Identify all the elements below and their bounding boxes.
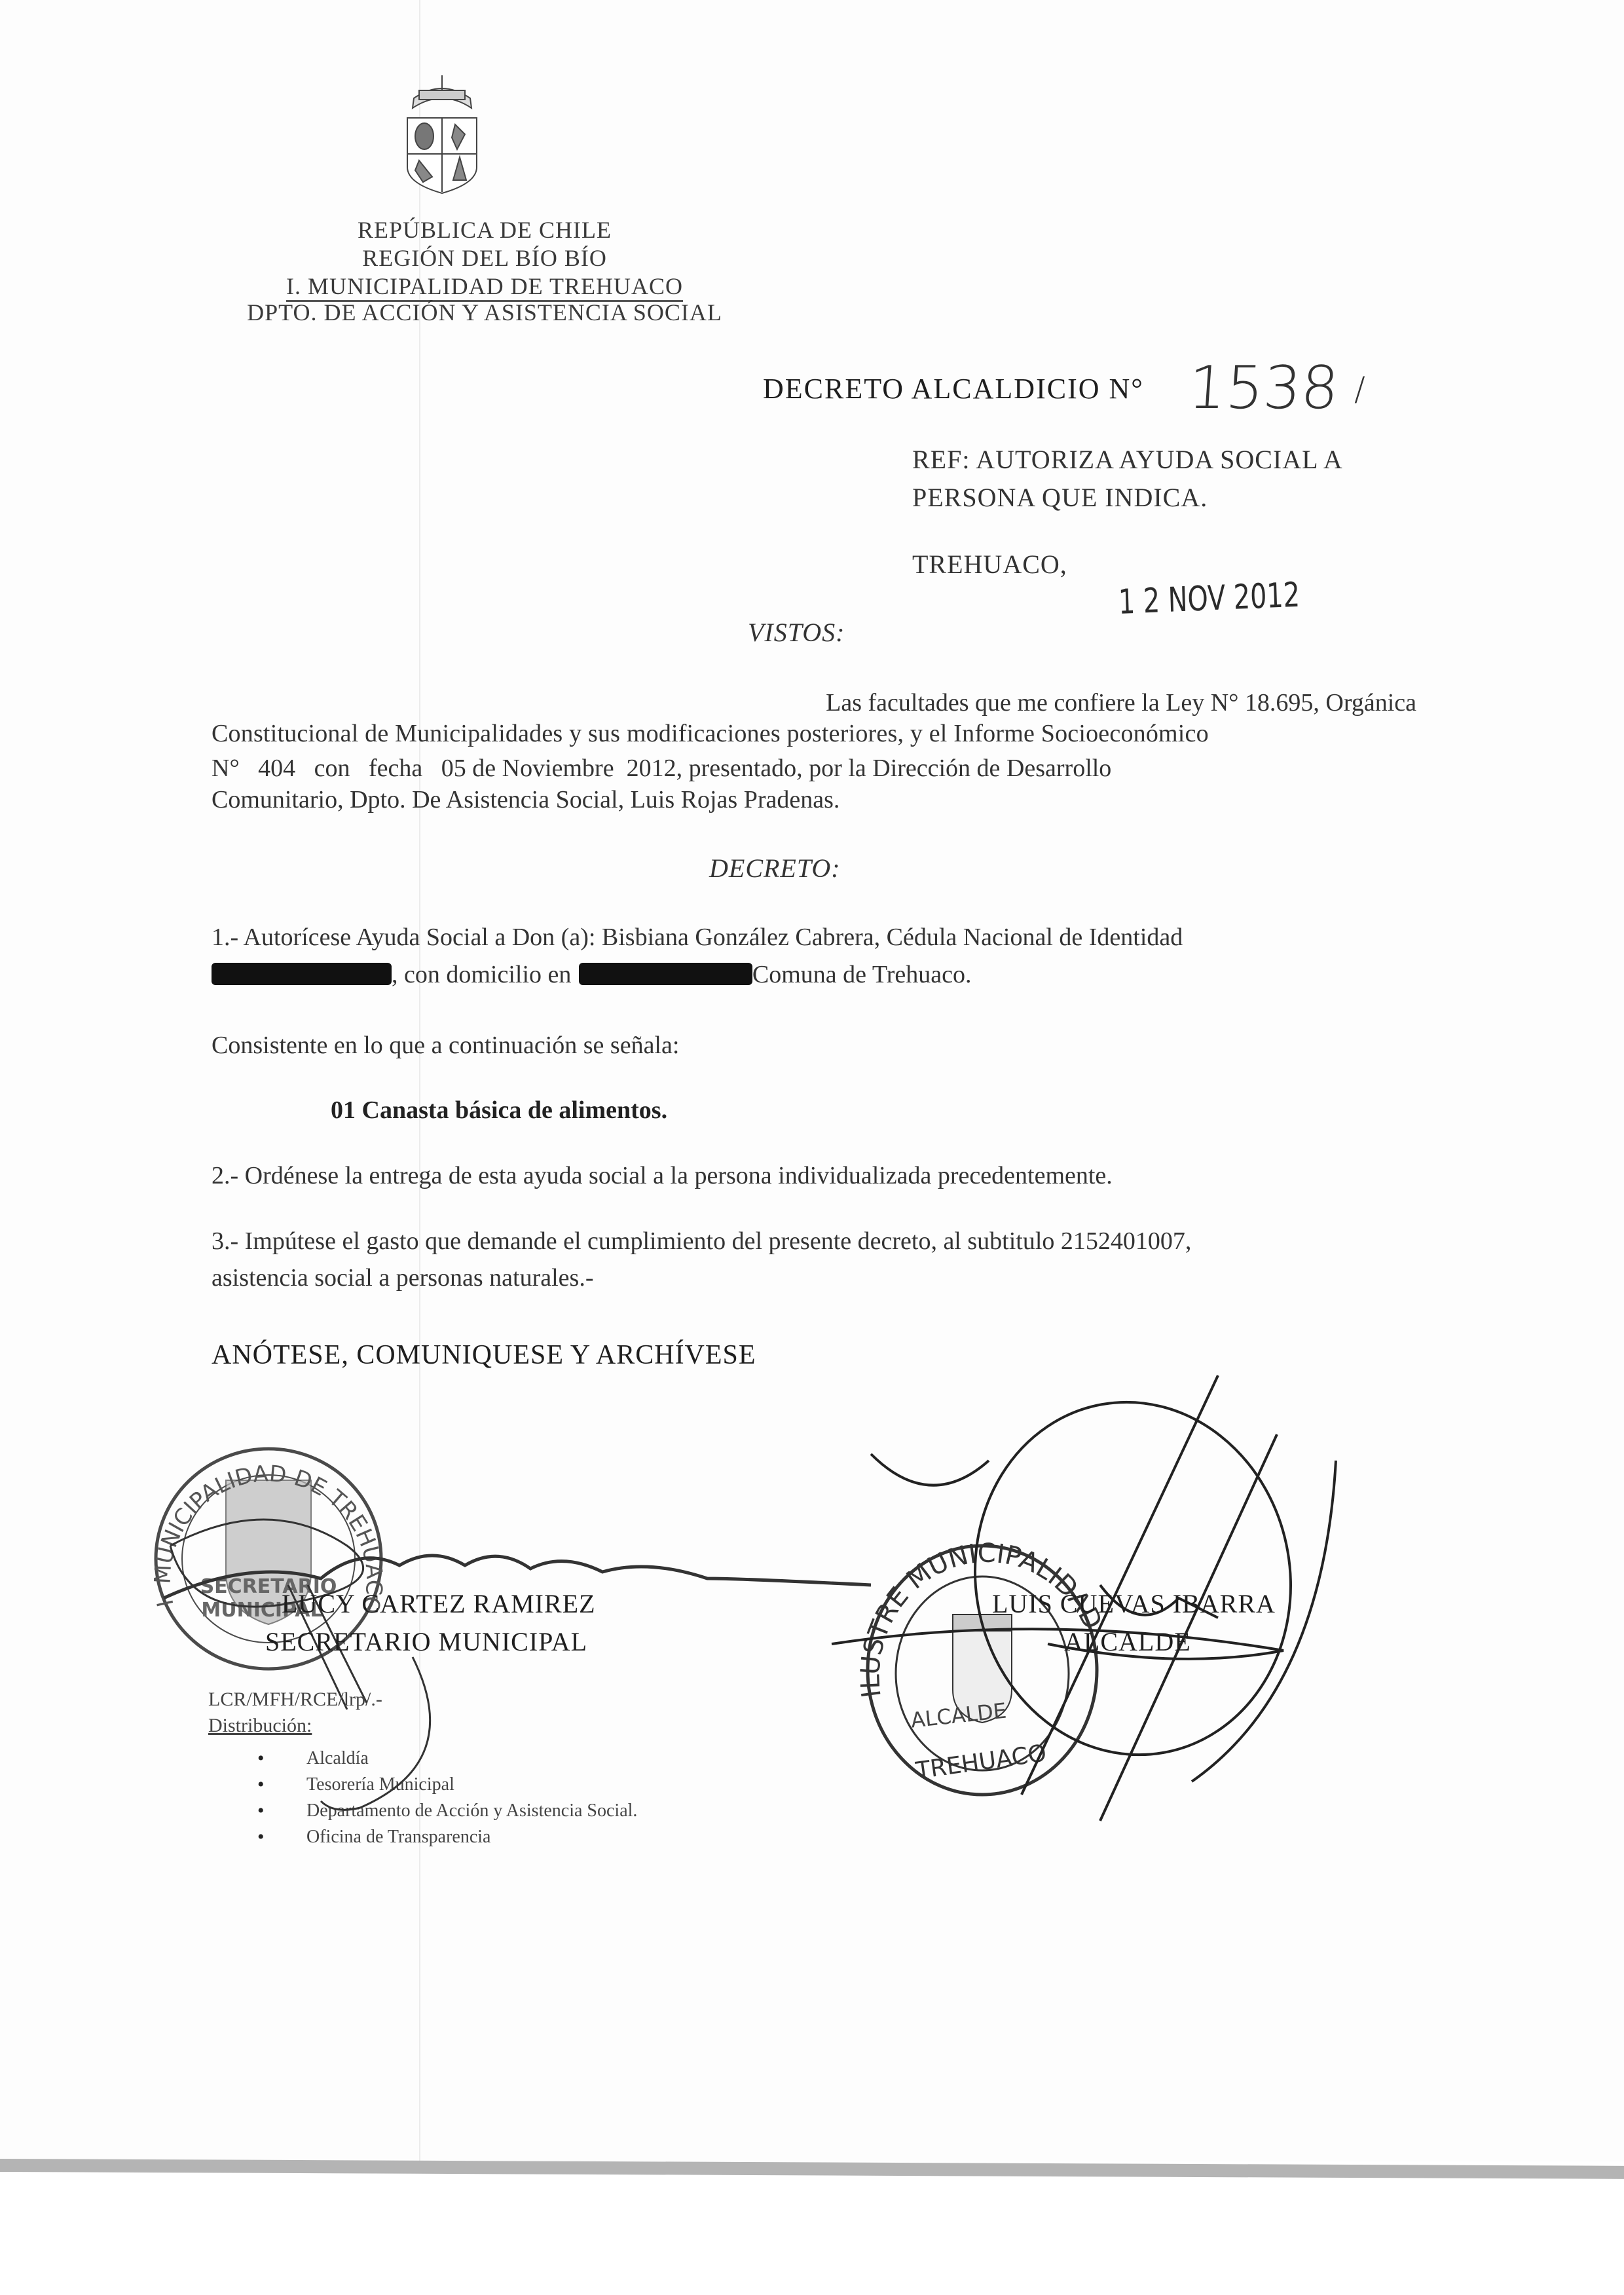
- vistos-line-3: N° 404 con fecha 05 de Noviembre 2012, p…: [212, 753, 1416, 784]
- coat-of-arms-icon: [399, 72, 485, 196]
- decreto-heading: DECRETO:: [709, 853, 841, 884]
- consistente-line: Consistente en lo que a continuación se …: [212, 1030, 679, 1061]
- decreto-item-2: 2.- Ordénese la entrega de esta ayuda so…: [212, 1161, 1113, 1191]
- header-municipality-text: I. MUNICIPALIDAD DE TREHUACO: [286, 273, 683, 302]
- decree-slash: /: [1354, 370, 1365, 408]
- vistos-line-1: Las facultades que me confiere la Ley N°…: [704, 688, 1416, 718]
- mayor-role: ALCALDE: [1064, 1626, 1191, 1657]
- decreto-item-3-line-1: 3.- Impútese el gasto que demande el cum…: [212, 1226, 1191, 1257]
- signature-tail-icon: [321, 1657, 452, 1840]
- mayor-name: LUIS CUEVAS IBARRA: [992, 1588, 1276, 1619]
- place-label: TREHUACO,: [912, 549, 1067, 580]
- header-department: DPTO. DE ACCIÓN Y ASISTENCIA SOCIAL: [236, 299, 733, 326]
- vistos-heading: VISTOS:: [748, 617, 845, 648]
- vistos-line-2: Constitucional de Municipalidades y sus …: [212, 718, 1416, 749]
- closing-formula: ANÓTESE, COMUNIQUESE Y ARCHÍVESE: [212, 1339, 756, 1371]
- distribution-label: Distribución:: [208, 1715, 312, 1737]
- decreto-item-3-line-2: asistencia social a personas naturales.-: [212, 1263, 594, 1294]
- document-page: REPÚBLICA DE CHILE REGIÓN DEL BÍO BÍO I.…: [0, 0, 1624, 2161]
- ref-line-2: PERSONA QUE INDICA.: [912, 482, 1208, 513]
- decreto-item-1-line-1: 1.- Autorícese Ayuda Social a Don (a): B…: [212, 922, 1416, 953]
- aid-item-detail: 01 Canasta básica de alimentos.: [331, 1095, 667, 1126]
- decreto-item-1-line-2: , con domicilio en Comuna de Trehuaco.: [212, 960, 971, 990]
- address-redaction: [579, 963, 752, 985]
- rut-redaction: [212, 963, 392, 985]
- decree-title: DECRETO ALCALDICIO N°: [763, 372, 1144, 405]
- secretary-role: SECRETARIO MUNICIPAL: [265, 1626, 587, 1657]
- ref-line-1: REF: AUTORIZA AYUDA SOCIAL A: [912, 444, 1343, 475]
- decree-number-handwritten: 1538: [1186, 354, 1340, 422]
- header-region: REGIÓN DEL BÍO BÍO: [255, 244, 714, 272]
- address-prefix: , con domicilio en: [392, 961, 571, 988]
- vistos-line-4: Comunitario, Dpto. De Asistencia Social,…: [212, 785, 840, 815]
- header-municipality: I. MUNICIPALIDAD DE TREHUACO: [255, 272, 714, 300]
- date-stamp: 1 2 NOV 2012: [1118, 576, 1301, 622]
- scan-edge-bar: [0, 2159, 1624, 2179]
- secretary-name: LUCY CARTEZ RAMIREZ: [282, 1588, 596, 1619]
- address-suffix: Comuna de Trehuaco.: [752, 961, 972, 988]
- header-republic: REPÚBLICA DE CHILE: [255, 216, 714, 244]
